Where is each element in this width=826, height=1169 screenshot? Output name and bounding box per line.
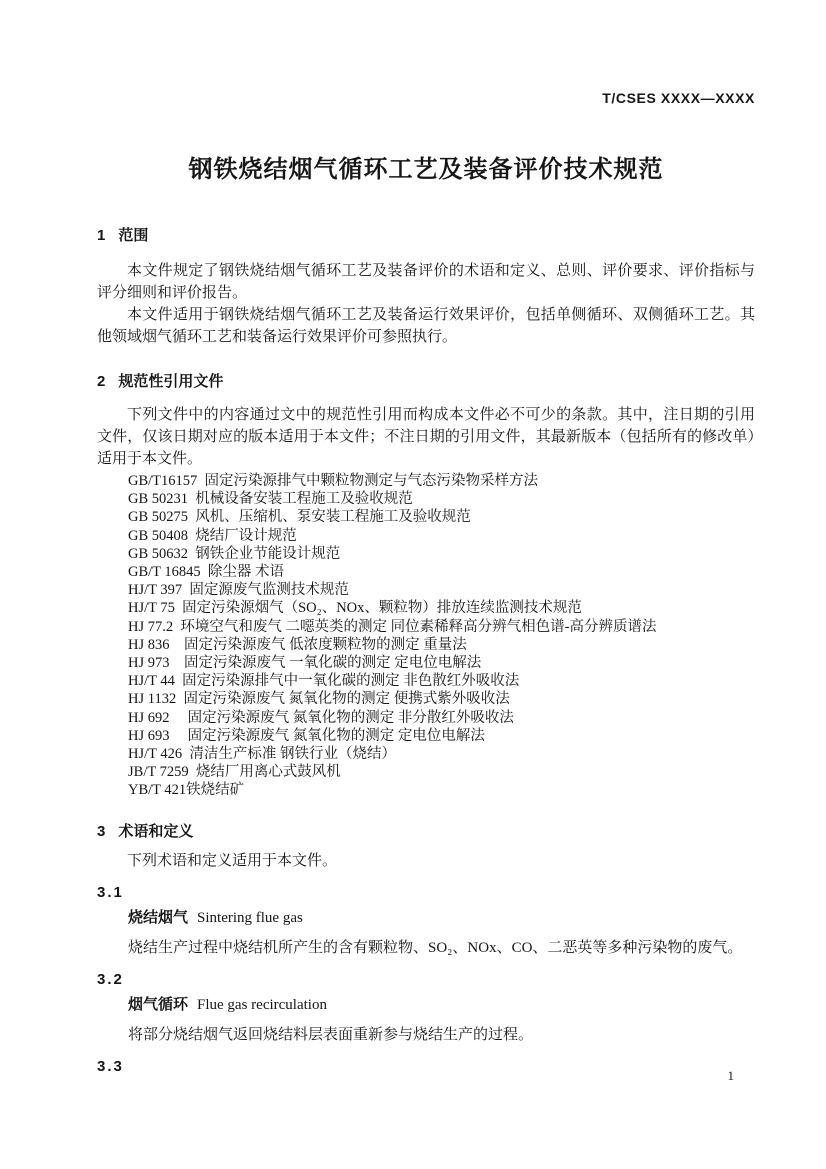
section-terms-and-definitions: 3术语和定义 下列术语和定义适用于本文件。 3.1 烧结烟气Sintering … <box>97 822 755 1076</box>
reference-item: HJ/T 44 固定污染源排气中一氧化碳的测定 非色散红外吸收法 <box>97 672 755 690</box>
clause-number: 3.2 <box>97 971 755 989</box>
section-3-heading: 3术语和定义 <box>97 822 755 842</box>
section-2-title: 规范性引用文件 <box>118 373 223 390</box>
term-chinese: 烧结烟气 <box>128 909 188 926</box>
section-3-number: 3 <box>97 823 105 840</box>
section-1-number: 1 <box>97 227 105 244</box>
reference-item: HJ/T 397 固定源废气监测技术规范 <box>97 581 755 599</box>
reference-item: GB 50632 钢铁企业节能设计规范 <box>97 545 755 563</box>
clause-number: 3.3 <box>97 1058 755 1076</box>
term-definition: 烧结生产过程中烧结机所产生的含有颗粒物、SO₂、NOx、CO、二恶英等多种污染物… <box>97 937 755 959</box>
reference-item: YB/T 421铁烧结矿 <box>97 781 755 799</box>
reference-item: GB/T16157 固定污染源排气中颗粒物测定与气态污染物采样方法 <box>97 472 755 490</box>
term-clause-3-2: 3.2 烟气循环Flue gas recirculation 将部分烧结烟气返回… <box>97 971 755 1046</box>
references-list: GB/T16157 固定污染源排气中颗粒物测定与气态污染物采样方法 GB 502… <box>97 472 755 800</box>
term-name-line: 烧结烟气Sintering flue gas <box>97 908 755 928</box>
section-1-heading: 1范围 <box>97 226 755 246</box>
term-definition: 将部分烧结烟气返回烧结料层表面重新参与烧结生产的过程。 <box>97 1024 755 1046</box>
reference-item: HJ 692 固定污染源废气 氮氧化物的测定 非分散红外吸收法 <box>97 709 755 727</box>
page-number: 1 <box>728 1068 735 1084</box>
term-clause-3-3: 3.3 <box>97 1058 755 1076</box>
page-header: T/CSES XXXX—XXXX <box>97 90 755 106</box>
reference-item: HJ 836 固定污染源废气 低浓度颗粒物的测定 重量法 <box>97 636 755 654</box>
reference-item: GB 50231 机械设备安装工程施工及验收规范 <box>97 490 755 508</box>
section-3-title: 术语和定义 <box>118 823 193 840</box>
term-name-line: 烟气循环Flue gas recirculation <box>97 995 755 1015</box>
section-normative-references: 2规范性引用文件 下列文件中的内容通过文中的规范性引用而构成本文件必不可少的条款… <box>97 372 755 800</box>
section-scope: 1范围 本文件规定了钢铁烧结烟气循环工艺及装备评价的术语和定义、总则、评价要求、… <box>97 226 755 348</box>
page-content: T/CSES XXXX—XXXX 钢铁烧结烟气循环工艺及装备评价技术规范 1范围… <box>0 0 826 1076</box>
reference-item: HJ 973 固定污染源废气 一氧化碳的测定 定电位电解法 <box>97 654 755 672</box>
term-english: Sintering flue gas <box>197 910 303 926</box>
section-1-title: 范围 <box>118 227 148 244</box>
reference-item: GB/T 16845 除尘器 术语 <box>97 563 755 581</box>
term-chinese: 烟气循环 <box>128 996 188 1013</box>
reference-item: HJ 77.2 环境空气和废气 二噁英类的测定 同位素稀释高分辨气相色谱-高分辨… <box>97 618 755 636</box>
reference-item: JB/T 7259 烧结厂用离心式鼓风机 <box>97 763 755 781</box>
terms-intro: 下列术语和定义适用于本文件。 <box>97 850 755 872</box>
term-english: Flue gas recirculation <box>197 997 327 1013</box>
scope-paragraph-2: 本文件适用于钢铁烧结烟气循环工艺及装备运行效果评价，包括单侧循环、双侧循环工艺。… <box>97 304 755 348</box>
scope-paragraph-1: 本文件规定了钢铁烧结烟气循环工艺及装备评价的术语和定义、总则、评价要求、评价指标… <box>97 260 755 304</box>
section-2-number: 2 <box>97 373 105 390</box>
reference-item: GB 50408 烧结厂设计规范 <box>97 527 755 545</box>
reference-item: GB 50275 风机、压缩机、泵安装工程施工及验收规范 <box>97 508 755 526</box>
reference-item: HJ/T 75 固定污染源烟气（SO₂、NOx、颗粒物）排放连续监测技术规范 <box>97 599 755 617</box>
clause-number: 3.1 <box>97 884 755 902</box>
reference-item: HJ 693 固定污染源废气 氮氧化物的测定 定电位电解法 <box>97 727 755 745</box>
section-2-heading: 2规范性引用文件 <box>97 372 755 392</box>
document-title: 钢铁烧结烟气循环工艺及装备评价技术规范 <box>97 154 755 186</box>
standard-code: T/CSES XXXX—XXXX <box>602 90 755 106</box>
reference-item: HJ 1132 固定污染源废气 氮氧化物的测定 便携式紫外吸收法 <box>97 690 755 708</box>
document-page: T/CSES XXXX—XXXX 钢铁烧结烟气循环工艺及装备评价技术规范 1范围… <box>0 0 826 1169</box>
reference-item: HJ/T 426 清洁生产标准 钢铁行业（烧结） <box>97 745 755 763</box>
term-clause-3-1: 3.1 烧结烟气Sintering flue gas 烧结生产过程中烧结机所产生… <box>97 884 755 959</box>
references-intro: 下列文件中的内容通过文中的规范性引用而构成本文件必不可少的条款。其中，注日期的引… <box>97 404 755 470</box>
